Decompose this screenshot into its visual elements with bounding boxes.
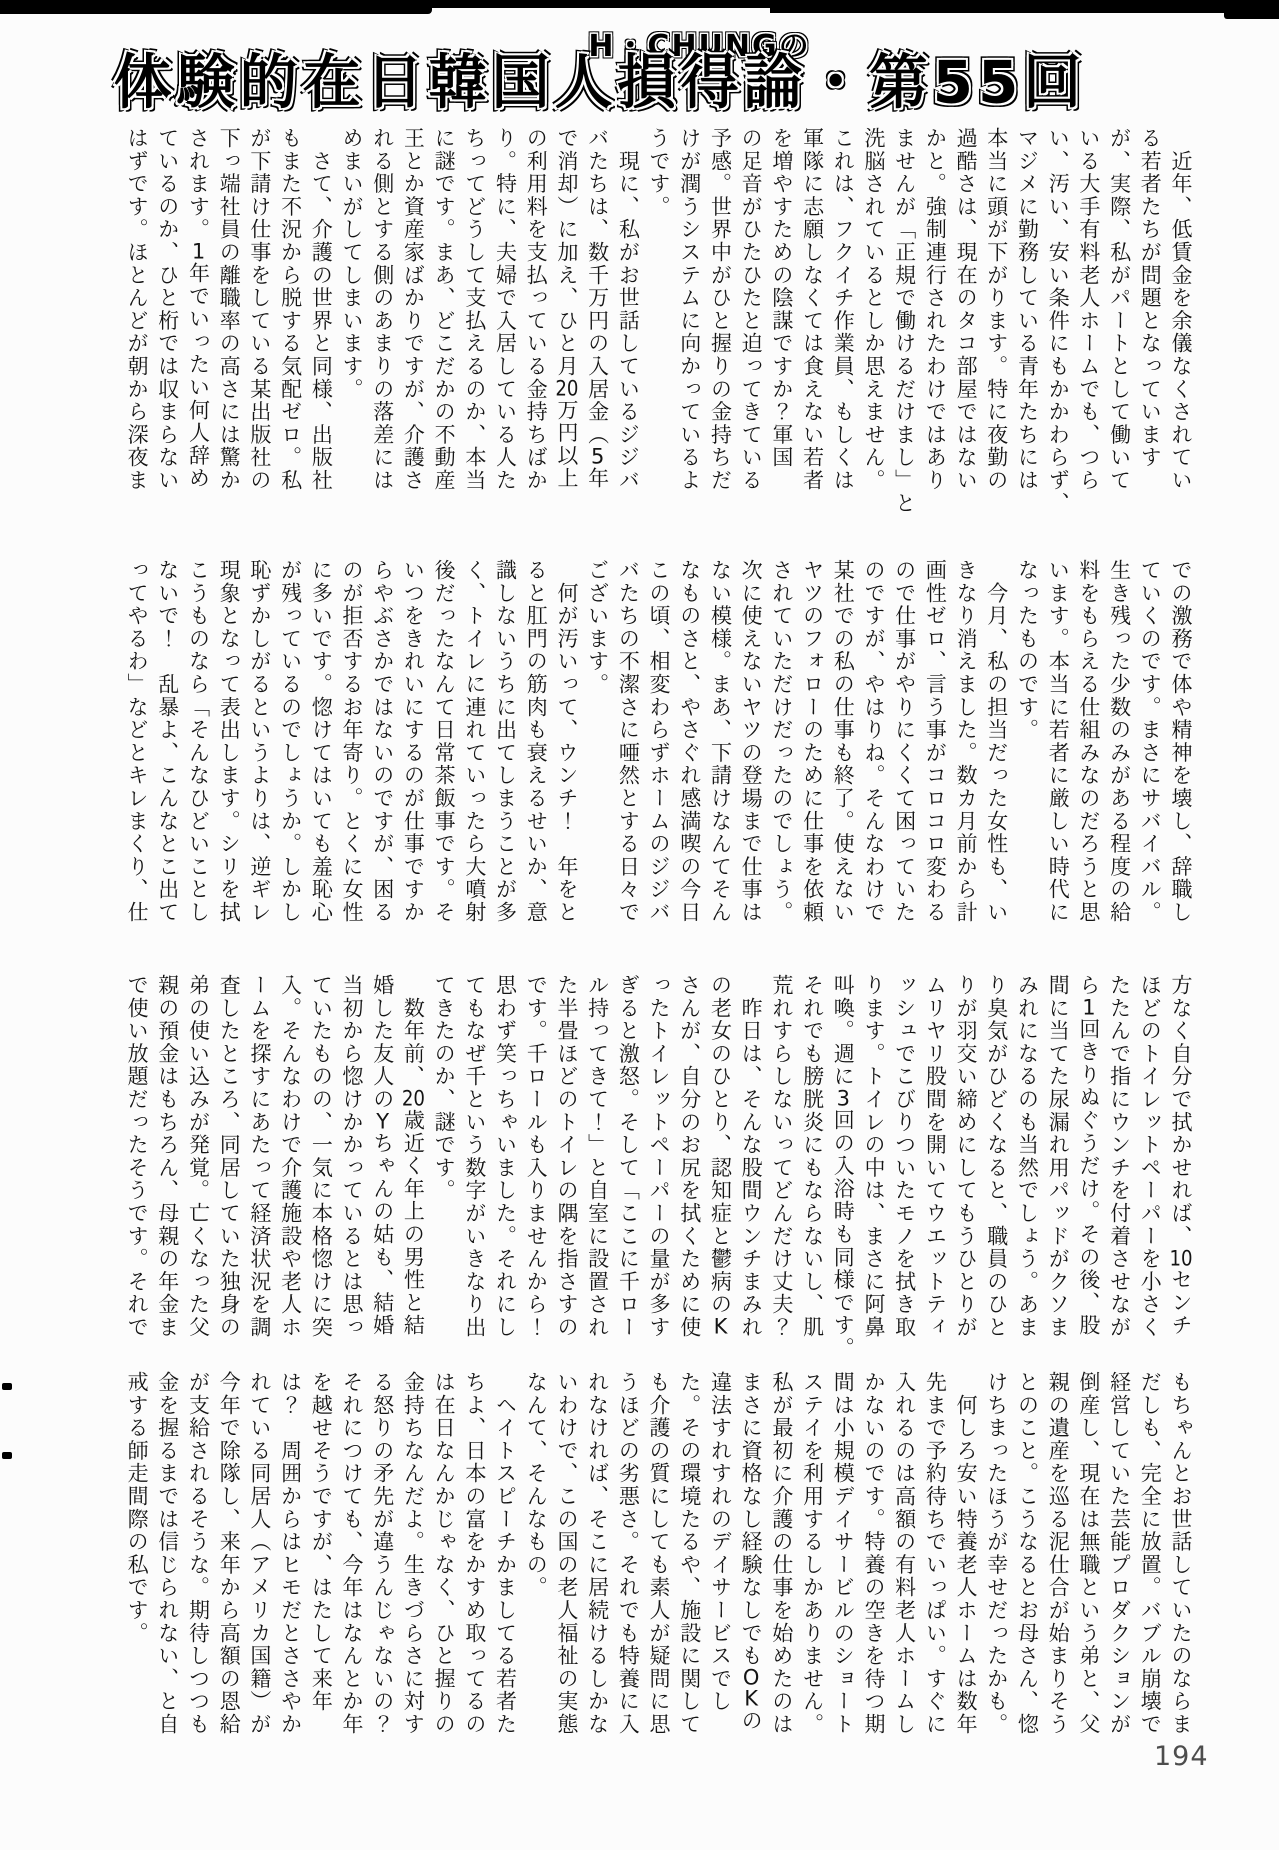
text-column: 思わず笑っちゃいました。それにし <box>490 974 521 1366</box>
text-column: く、トイレに連れていったら大噴射 <box>459 559 490 951</box>
text-column: てもなぜ千という数字がいきなり出 <box>459 974 490 1366</box>
article-title: 体験的在日韓国人損得論・第55回 <box>110 47 1090 116</box>
text-column: ませんが「正規で働けるだけまし」と <box>889 127 920 519</box>
text-column: きなり消えました。数カ月前から計 <box>950 559 981 951</box>
text-column: 叫喚。週に3回の入浴時も同様です。 <box>828 974 859 1366</box>
text-column: 後だったなんて日常茶飯事です。そ <box>428 559 459 951</box>
text-column: 私が最初に介護の仕事を始めたのは <box>766 1371 797 1763</box>
text-column: ぎると激怒。そして「ここに千ロー <box>613 974 644 1366</box>
text-column: それにつけても、今年はなんとか年 <box>336 1371 367 1763</box>
text-column: バたちの不潔さに唖然とする日々で <box>613 559 644 951</box>
text-column: この頃、相変わらずホームのジジバ <box>643 559 674 951</box>
text-band-4: もちゃんとお世話していたのならまだしも、完全に放置。バブル崩壊で経営していた芸能… <box>118 1371 1196 1763</box>
text-column: で使い放題だったそうです。それで <box>121 974 152 1366</box>
text-column: ヤツのフォローのために仕事を依頼 <box>797 559 828 951</box>
text-column: 王とか資産家ばかりですが、介護さ <box>398 127 429 519</box>
text-column: さんが、自分のお尻を拭くために使 <box>674 974 705 1366</box>
text-column: は在日なんかじゃなく、ひと握りの <box>428 1371 459 1763</box>
text-column: る若者たちが問題となっています <box>1135 127 1166 519</box>
text-column: が、実際、私がパートとして働いて <box>1104 127 1135 519</box>
text-column: を増やすための陰謀ですか？軍国 <box>766 127 797 519</box>
text-column: ていくのです。まさにサバイバル。 <box>1135 559 1166 951</box>
scan-edge-segment <box>425 0 775 8</box>
text-column: 昨日は、そんな股間ウンチまみれ <box>735 974 766 1366</box>
text-column: た。その環境たるや、施設に関して <box>674 1371 705 1763</box>
text-column: 予感。世界中がひと握りの金持ちだ <box>705 127 736 519</box>
text-column: 恥ずかしがるというよりは、逆ギレ <box>244 559 275 951</box>
text-column: も介護の質にしても素人が疑問に思 <box>643 1371 674 1763</box>
text-column: 今月、私の担当だった女性も、い <box>981 559 1012 951</box>
text-column: 現象となって表出します。シリを拭 <box>214 559 245 951</box>
text-column: なったものです。 <box>1012 559 1043 951</box>
text-column: 荒れすらしないってどんだけ丈夫？ <box>766 974 797 1366</box>
text-column: されていただけだったのでしょう。 <box>766 559 797 951</box>
text-column: 親の預金はもちろん、母親の年金ま <box>152 974 183 1366</box>
text-column: りが羽交い締めにしてもうひとりが <box>950 974 981 1366</box>
text-column: もちゃんとお世話していたのならま <box>1165 1371 1196 1763</box>
text-column: それでも膀胱炎にもならないし、肌 <box>797 974 828 1366</box>
text-column: 経営していた芸能プロダクションが <box>1104 1371 1135 1763</box>
text-column: り。特に、夫婦で入居している人た <box>490 127 521 519</box>
text-column: だしも、完全に放置。バブル崩壊で <box>1135 1371 1166 1763</box>
text-column: なものさと、やさぐれ感満喫の今日 <box>674 559 705 951</box>
text-column: 何しろ安い特養老人ホームは数年 <box>950 1371 981 1763</box>
text-column: 金持ちなんだよ。生きづらさに対す <box>398 1371 429 1763</box>
text-column: めまいがしてしまいます。 <box>336 127 367 519</box>
text-column: 戒する師走間際の私です。 <box>121 1371 152 1763</box>
text-column: 次に使えないヤツの登場まで仕事は <box>735 559 766 951</box>
text-column: 生き残った少数のみがある程度の給 <box>1104 559 1135 951</box>
text-column: まさに資格なし経験なしでもOKの <box>735 1371 766 1763</box>
text-column: 間は小規模デイサービルのショート <box>828 1371 859 1763</box>
text-column: 間に当てた尿漏れ用パッドがクソま <box>1042 974 1073 1366</box>
text-column: 現に、私がお世話しているジジバ <box>613 127 644 519</box>
text-column: さて、介護の世界と同様、出版社 <box>306 127 337 519</box>
text-column: 識しないうちに出てしまうことが多 <box>490 559 521 951</box>
text-column: たたんで指にウンチを付着させなが <box>1104 974 1135 1366</box>
text-column: が下請け仕事をしている某出版社の <box>244 127 275 519</box>
text-column: 方なく自分で拭かせれば、10センチ <box>1165 974 1196 1366</box>
text-column: ので仕事がやりにくくて困っていた <box>889 559 920 951</box>
text-column: ていたものの、一気に本格惚けに突 <box>306 974 337 1366</box>
text-column: 入れるのは高額の有料老人ホームし <box>889 1371 920 1763</box>
text-column: けが潤うシステムに向かっているよ <box>674 127 705 519</box>
text-column: 違法すれすれのデイサービスでし <box>705 1371 736 1763</box>
text-column: なんて、そんなもの。 <box>521 1371 552 1763</box>
text-column: 何が汚いって、ウンチ！ 年をと <box>551 559 582 951</box>
text-column: 倒産し、現在は無職という弟と、父 <box>1073 1371 1104 1763</box>
text-column: る怒りの矛先が違うんじゃないの？ <box>367 1371 398 1763</box>
text-column: 入。そんなわけで介護施設や老人ホ <box>275 974 306 1366</box>
text-column: ちってどうして支払えるのか、本当 <box>459 127 490 519</box>
text-column: ッシュでこびりついたモノを拭き取 <box>889 974 920 1366</box>
text-column: バたちは、数千万円の入居金（5年 <box>582 127 613 519</box>
text-column: り臭気がひどくなると、職員のひと <box>981 974 1012 1366</box>
text-column: ない模様。まあ、下請けなんてそん <box>705 559 736 951</box>
text-column: 先まで予約待ちでいっぱい。すぐに <box>920 1371 951 1763</box>
text-column: 本当に頭が下がります。特に夜勤の <box>981 127 1012 519</box>
text-column: 軍隊に志願しなくては食えない若者 <box>797 127 828 519</box>
text-column: 近年、低賃金を余儀なくされてい <box>1165 127 1196 519</box>
text-column: かないのです。特養の空きを待つ期 <box>858 1371 889 1763</box>
text-column: ヘイトスピーチかましてる若者た <box>490 1371 521 1763</box>
text-column: 数年前、20歳近く年上の男性と結 <box>398 974 429 1366</box>
text-column: されます。1年でいったい何人辞め <box>183 127 214 519</box>
text-column: の老女のひとり、認知症と鬱病のK <box>705 974 736 1366</box>
text-column: に謎です。まあ、どこだかの不動産 <box>428 127 459 519</box>
text-column: けちまったほうが幸せだったかも。 <box>981 1371 1012 1763</box>
text-column: 料をもらえる仕組みなのだろうと思 <box>1073 559 1104 951</box>
text-column: うです。 <box>643 127 674 519</box>
text-column: れなければ、そこに居続けるしかな <box>582 1371 613 1763</box>
text-column: みれになるのも当然でしょう。あま <box>1012 974 1043 1366</box>
text-column: 過酷さは、現在のタコ部屋ではない <box>950 127 981 519</box>
text-column: ームを探すにあたって経済状況を調 <box>244 974 275 1366</box>
text-column: ら1回きりぬぐうだけ。その後、股 <box>1073 974 1104 1366</box>
text-column: での激務で体や精神を壊し、辞職し <box>1165 559 1196 951</box>
text-column: が支給されるそうな。期待しつつも <box>183 1371 214 1763</box>
text-column: た半畳ほどのトイレの隅を指さすの <box>551 974 582 1366</box>
text-column: れている同居人（アメリカ国籍）が <box>244 1371 275 1763</box>
text-column: います。本当に若者に厳しい時代に <box>1042 559 1073 951</box>
text-column: ったトイレットペーパーの量が多す <box>643 974 674 1366</box>
text-band-3: 方なく自分で拭かせれば、10センチほどのトイレットペーパーを小さくたたんで指にウ… <box>118 974 1196 1366</box>
text-column: 弟の使い込みが発覚。亡くなった父 <box>183 974 214 1366</box>
text-column: ムリヤリ股間を開いてウエットティ <box>920 974 951 1366</box>
text-column: とのこと。こうなるとお母さん、惚 <box>1012 1371 1043 1763</box>
text-column: ル持ってきて！」と自室に設置され <box>582 974 613 1366</box>
text-column: もまた不況から脱する気配ゼロ。私 <box>275 127 306 519</box>
text-column: こうものなら「そんなひどいことし <box>183 559 214 951</box>
text-column: ございます。 <box>582 559 613 951</box>
magazine-page: H・CHUNGの 体験的在日韓国人損得論・第55回 近年、低賃金を余儀なくされて… <box>0 0 1279 1850</box>
text-column: れる側とする側のあまりの落差には <box>367 127 398 519</box>
text-column: 下っ端社員の離職率の高さには驚か <box>214 127 245 519</box>
text-column: 今年で除隊し、来年から高額の恩給 <box>214 1371 245 1763</box>
scan-edge-segment <box>770 0 1230 13</box>
text-column: い、汚い、安い条件にもかかわらず、 <box>1042 127 1073 519</box>
text-column: 画性ゼロ、言う事がコロコロ変わる <box>920 559 951 951</box>
text-column: てきたのか、謎です。 <box>428 974 459 1366</box>
text-column: はずです。ほとんどが朝から深夜ま <box>121 127 152 519</box>
text-column: ないで！ 乱暴よ、こんなとこ出て <box>152 559 183 951</box>
page-number: 194 <box>1154 1741 1209 1772</box>
text-column: です。千ロールも入りませんから！ <box>521 974 552 1366</box>
text-column: うほどの劣悪さ。それでも特養に入 <box>613 1371 644 1763</box>
text-column: ちよ、日本の富をかすめ取ってるの <box>459 1371 490 1763</box>
text-column: 当初から惚けかかっているとは思っ <box>336 974 367 1366</box>
text-column: かと。強制連行されたわけではあり <box>920 127 951 519</box>
text-column: ります。トイレの中は、まさに阿鼻 <box>858 974 889 1366</box>
text-column: マジメに勤務している青年たちには <box>1012 127 1043 519</box>
text-column: が残っているのでしょうか。しかし <box>275 559 306 951</box>
text-column: ると肛門の筋肉も衰えるせいか、意 <box>521 559 552 951</box>
text-column: ステイを利用するしかありません。 <box>797 1371 828 1763</box>
text-column: らやぶさかではないのですが、困る <box>367 559 398 951</box>
text-column: 親の遺産を巡る泥仕合が始まりそう <box>1042 1371 1073 1763</box>
text-column: で消却）に加え、ひと月20万円以上 <box>551 127 582 519</box>
text-column: 洗脳されているとしか思えません。 <box>858 127 889 519</box>
text-column: 査したところ、同居していた独身の <box>214 974 245 1366</box>
text-column: のですが、やはりね。そんなわけで <box>858 559 889 951</box>
scan-edge-segment <box>1224 0 1279 19</box>
text-column: 婚した友人のYちゃんの姑も、結婚 <box>367 974 398 1366</box>
text-column: ってやるわ」などとキレまくり、仕 <box>121 559 152 951</box>
text-column: の利用料を支払っている金持ちばか <box>521 127 552 519</box>
text-column: いわけで、この国の老人福祉の実態 <box>551 1371 582 1763</box>
text-column: ているのか、ひと桁では収まらない <box>152 127 183 519</box>
text-band-1: 近年、低賃金を余儀なくされている若者たちが問題となっていますが、実際、私がパート… <box>118 127 1196 519</box>
text-column: いる大手有料老人ホームでも、つら <box>1073 127 1104 519</box>
text-column: のが拒否するお年寄り。とくに女性 <box>336 559 367 951</box>
ink-speck <box>2 1383 12 1390</box>
text-column: は？ 周囲からはヒモだとささやか <box>275 1371 306 1763</box>
text-column: いつをきれいにするのが仕事ですか <box>398 559 429 951</box>
text-column: に多いです。惚けてはいても羞恥心 <box>306 559 337 951</box>
text-column: ほどのトイレットペーパーを小さく <box>1135 974 1166 1366</box>
text-column: 金を握るまでは信じられない、と自 <box>152 1371 183 1763</box>
text-column: を越せそうですが、はたして来年 <box>306 1371 337 1763</box>
text-column: これは、フクイチ作業員、もしくは <box>828 127 859 519</box>
scan-edge-segment <box>0 0 432 14</box>
ink-speck <box>2 1452 12 1459</box>
text-band-2: での激務で体や精神を壊し、辞職していくのです。まさにサバイバル。生き残った少数の… <box>118 559 1196 951</box>
text-column: の足音がひたひたと迫ってきている <box>735 127 766 519</box>
text-column: 某社での私の仕事も終了。使えない <box>828 559 859 951</box>
